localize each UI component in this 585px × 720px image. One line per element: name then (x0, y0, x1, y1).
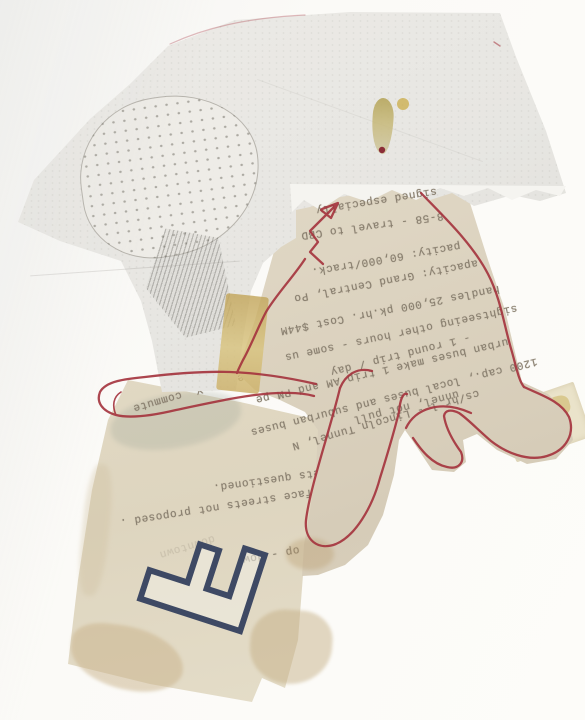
collage-scan: wn streets questioned. s on surface stre… (0, 0, 585, 720)
stain-beige-bottom (286, 538, 334, 570)
